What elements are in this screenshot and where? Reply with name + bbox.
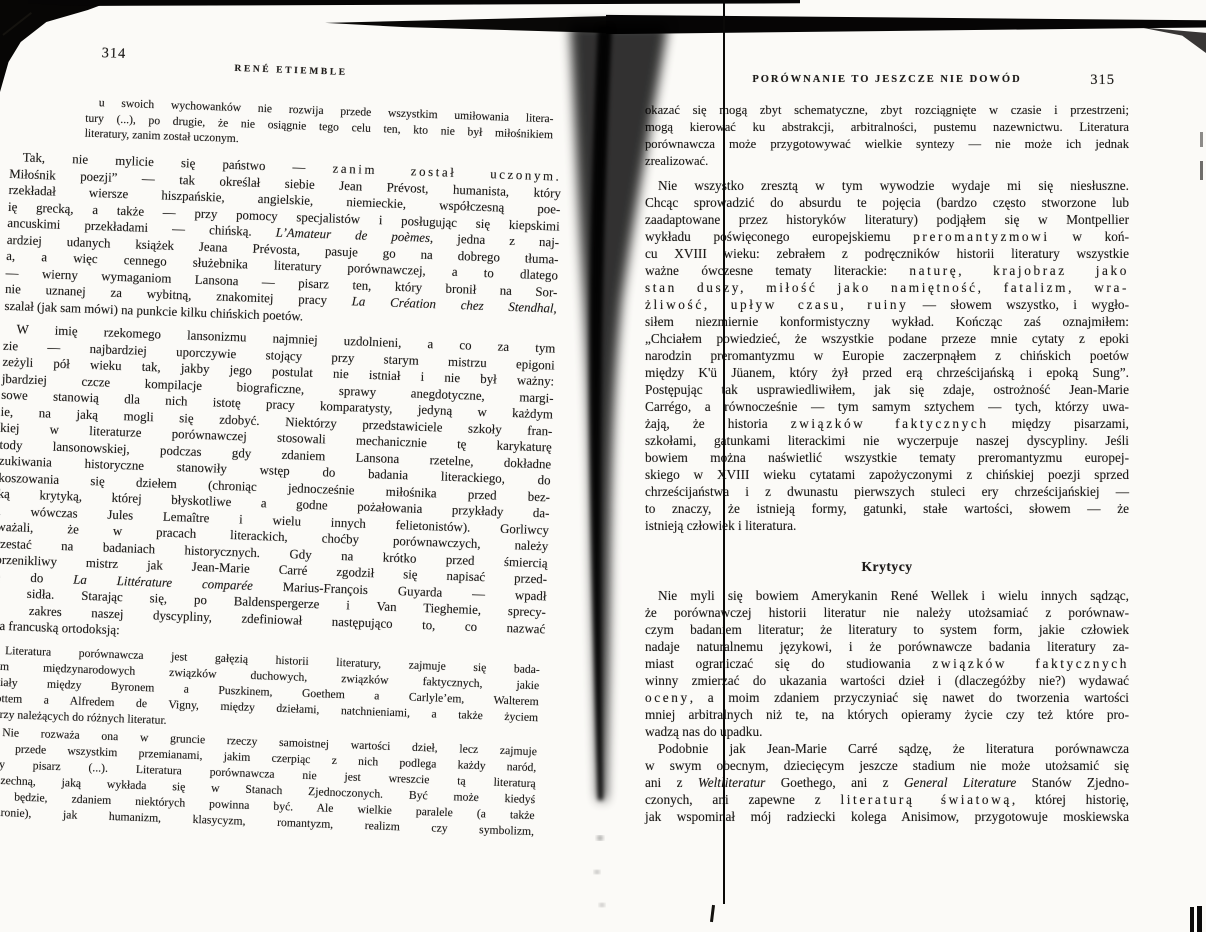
text-segment: Krytycy (861, 559, 912, 574)
text-segment: „Chciałem powiedzieć, że wszystkie podan… (645, 331, 1129, 346)
scan-bottom-right-bar (1190, 907, 1194, 932)
paragraph: W imię rzekomego lansonizmu najmniej uzd… (0, 321, 556, 654)
left-page: 314 RENÉ ETIEMBLE u swoich wychowanków n… (0, 40, 570, 840)
text-segment: między pisarzami, (989, 416, 1129, 431)
text-segment: żają, że historia (645, 416, 791, 431)
text-line: żliwość, upływ czasu, ruiny — słowem wsz… (645, 296, 1129, 313)
paragraph: Nie myli się bowiem Amerykanin René Well… (645, 587, 1129, 740)
text-line: skiego w XVIII wieku cytatami zapożyczon… (645, 466, 1129, 483)
text-line: Nie myli się bowiem Amerykanin René Well… (645, 587, 1129, 604)
text-segment: narodzin preromantyzmu w Europie zaczerp… (645, 348, 1129, 363)
definition-quote: Nie rozważa ona w gruncie rzeczy samoist… (0, 724, 537, 840)
quote-continuation: okazać się mogą zbyt schematyczne, zbyt … (645, 102, 1129, 170)
text-line: Postępując tak usprawiedliwiłem, jak się… (645, 381, 1129, 398)
running-head-left: RENÉ ETIEMBLE (13, 56, 569, 86)
text-segment: wadzą nas do upadku. (645, 724, 762, 739)
intro-quote: u swoich wychowanków nie rozwija przede … (84, 95, 553, 159)
text-line: oceny, a moim zdaniem przyczyniać się na… (645, 689, 1129, 706)
text-segment: Podobnie jak Jean-Marie Carré sądzę, że … (658, 741, 1129, 756)
text-segment: skiego w XVIII wieku cytatami zapożyczon… (645, 467, 1129, 482)
text-segment: Nie myli się bowiem Amerykanin René Well… (658, 588, 1129, 603)
text-segment: czonych, ani zapewne z (645, 792, 840, 807)
text-line: ani z Weltliteratur Goethego, ani z Gene… (645, 774, 1129, 791)
text-segment: — słowem wszystko, i wygło- (908, 297, 1129, 312)
text-line: miast ograniczać się do studiowania zwią… (645, 655, 1129, 672)
letterspaced-text: preromantyzmowi (913, 229, 1049, 244)
text-segment: Nie wszystko zresztą w tym wywodzie wyda… (658, 178, 1129, 193)
scan-top-wedge (325, 16, 611, 34)
text-line: Chcąc sprowadzić do absurdu te pojęcia (… (645, 194, 1129, 211)
text-segment: Chcąc sprowadzić do absurdu te pojęcia (… (645, 195, 1129, 210)
text-segment: jak wspominał mój radziecki kolega Anisi… (645, 809, 1129, 824)
text-segment: że porównawczej historii literatur nie n… (645, 605, 1129, 620)
scan-right-edge-tick (1200, 161, 1203, 180)
book-scan-spread: 314 RENÉ ETIEMBLE u swoich wychowanków n… (0, 0, 1206, 932)
text-segment: 1a francuską ortodoksją: (0, 619, 120, 638)
scan-top-edge-strip (28, 0, 800, 6)
text-line: wadzą nas do upadku. (645, 723, 1129, 740)
text-line: zrealizować. (645, 153, 1129, 170)
text-line: to znaczy, że istnieją formy, gatunki, s… (645, 500, 1129, 517)
italic-text: Weltliteratur (698, 775, 765, 790)
text-line: zaadaptowane przez historyków literatury… (645, 211, 1129, 228)
letterspaced-text: stan duszy, miłość jako namiętność, fata… (645, 280, 1129, 295)
text-line: jak wspominał mój radziecki kolega Anisi… (645, 808, 1129, 825)
text-line: okazać się mogą zbyt schematyczne, zbyt … (645, 102, 1129, 119)
text-segment: winny zmierzać do ukazania wartości dzie… (645, 673, 1129, 688)
text-segment: wykładu poświęconego europejskiemu (645, 229, 913, 244)
letterspaced-text: literaturą światową (840, 792, 1011, 807)
text-segment: ani z (645, 775, 698, 790)
text-line: czonych, ani zapewne z literaturą świato… (645, 791, 1129, 808)
paragraph: Nie wszystko zresztą w tym wywodzie wyda… (645, 177, 1129, 534)
letterspaced-text: żliwość, upływ czasu, ruiny (645, 297, 908, 312)
text-segment: chrześcijaństwa i z dwunastu pierwszych … (645, 484, 1129, 499)
text-line: bowiem można naświetlić wszystkie tematy… (645, 449, 1129, 466)
text-segment: w koń- (1050, 229, 1129, 244)
text-line: że porównawczej historii literatur nie n… (645, 604, 1129, 621)
text-segment: , (553, 302, 557, 316)
page-number-right: 315 (1090, 72, 1115, 89)
text-segment: okazać się mogą zbyt schematyczne, zbyt … (645, 103, 1129, 117)
text-segment: siłem niezmiernie konformistyczny wykład… (645, 314, 1129, 329)
text-segment: czym badaniem literatur; że literatury t… (645, 622, 1129, 637)
text-segment: ważne ówczesne tematy literackie: (645, 263, 909, 278)
text-segment: to znaczy, że istnieją formy, gatunki, s… (645, 501, 1129, 516)
right-page-header: PORÓWNANIE TO JESZCZE NIE DOWÓD 315 (645, 66, 1129, 102)
text-line: wykładu poświęconego europejskiemu prero… (645, 228, 1129, 245)
letterspaced-text: oceny (645, 690, 690, 705)
text-line: Nie wszystko zresztą w tym wywodzie wyda… (645, 177, 1129, 194)
text-segment: w swym obecnym, dziecięcym jeszcze stadi… (645, 758, 1129, 773)
text-segment: zrealizować. (645, 154, 708, 168)
text-segment: cu XVIII wieku: zebrałem z podręczników … (645, 246, 1129, 261)
scan-fold-line-tail (710, 905, 715, 922)
text-segment: , a moim zdaniem przyczyniać się nawet d… (690, 690, 1129, 705)
text-segment: miast ograniczać się do studiowania (645, 656, 932, 671)
paragraph: Tak, nie mylicie się państwo — zanim zos… (4, 149, 562, 334)
text-line: Krytycy (645, 559, 1129, 575)
text-line: szkołami, gatunkami literackimi nie wycz… (645, 432, 1129, 449)
scan-top-band (606, 14, 1206, 35)
scan-corner-diagonal-line (2, 12, 32, 36)
left-page-body: u swoich wychowanków nie rozwija przede … (0, 92, 568, 840)
text-segment: mogą kierować ku abstrakcji, arbitralnoś… (645, 120, 1129, 134)
text-segment: szkołami, gatunkami literackimi nie wycz… (645, 433, 1129, 448)
text-segment: ę do (0, 569, 74, 586)
running-head-right: PORÓWNANIE TO JESZCZE NIE DOWÓD (645, 74, 1129, 85)
text-segment: Goethego, ani z (765, 775, 904, 790)
text-segment: nadaje naturalnemu językowi, i że porówn… (645, 639, 1129, 654)
text-line: mniej arbitralnych niż te, na których op… (645, 706, 1129, 723)
right-page: PORÓWNANIE TO JESZCZE NIE DOWÓD 315 okaz… (645, 66, 1129, 825)
text-segment: między K'ü Jüanem, który żył przed erą c… (645, 365, 1129, 380)
text-line: między K'ü Jüanem, który żył przed erą c… (645, 364, 1129, 381)
scan-top-right-mark (1140, 25, 1206, 53)
text-segment: bowiem można naświetlić wszystkie tematy… (645, 450, 1129, 465)
text-line: istnieją człowiek i literatura. (645, 517, 1129, 534)
letterspaced-text: naturę, krajobraz jako (909, 263, 1129, 278)
text-line: ważne ówczesne tematy literackie: naturę… (645, 262, 1129, 279)
text-line: cu XVIII wieku: zebrałem z podręczników … (645, 245, 1129, 262)
text-line: w swym obecnym, dziecięcym jeszcze stadi… (645, 757, 1129, 774)
text-line: chrześcijaństwa i z dwunastu pierwszych … (645, 483, 1129, 500)
letterspaced-text: związków faktycznych (791, 416, 989, 431)
text-segment: porównawcza może przygotowywać wielkie s… (645, 137, 1129, 151)
text-line: nadaje naturalnemu językowi, i że porówn… (645, 638, 1129, 655)
text-line: „Chciałem powiedzieć, że wszystkie podan… (645, 330, 1129, 347)
text-segment: istnieją człowiek i literatura. (645, 518, 796, 533)
text-line: żają, że historia związków faktycznych m… (645, 415, 1129, 432)
text-line: porównawcza może przygotowywać wielkie s… (645, 136, 1129, 153)
text-line: Carrégo, a równocześnie — tym samym szty… (645, 398, 1129, 415)
italic-text: General Literature (904, 775, 1016, 790)
text-line: Podobnie jak Jean-Marie Carré sądzę, że … (645, 740, 1129, 757)
scan-bottom-right-bar (1197, 906, 1202, 932)
text-segment: mniej arbitralnych niż te, na których op… (645, 707, 1129, 722)
text-line: narodzin preromantyzmu w Europie zaczerp… (645, 347, 1129, 364)
text-segment: zaadaptowane przez historyków literatury… (645, 212, 1129, 227)
text-segment: Carrégo, a równocześnie — tym samym szty… (645, 399, 1129, 414)
scan-right-edge-tick (1200, 132, 1203, 147)
text-line: winny zmierzać do ukazania wartości dzie… (645, 672, 1129, 689)
section-heading: Krytycy (645, 559, 1129, 575)
text-segment: Postępując tak usprawiedliwiłem, jak się… (645, 382, 1129, 397)
right-page-body: okazać się mogą zbyt schematyczne, zbyt … (645, 102, 1129, 825)
text-line: siłem niezmiernie konformistyczny wykład… (645, 313, 1129, 330)
paragraph: Podobnie jak Jean-Marie Carré sądzę, że … (645, 740, 1129, 825)
text-line: czym badaniem literatur; że literatury t… (645, 621, 1129, 638)
text-segment: literatury, zanim został uczonym. (84, 127, 238, 146)
text-line: stan duszy, miłość jako namiętność, fata… (645, 279, 1129, 296)
text-segment: , której historię, (1012, 792, 1129, 807)
text-segment: Stanów Zjedno- (1016, 775, 1129, 790)
text-line: mogą kierować ku abstrakcji, arbitralnoś… (645, 119, 1129, 136)
letterspaced-text: związków faktycznych (932, 656, 1129, 671)
